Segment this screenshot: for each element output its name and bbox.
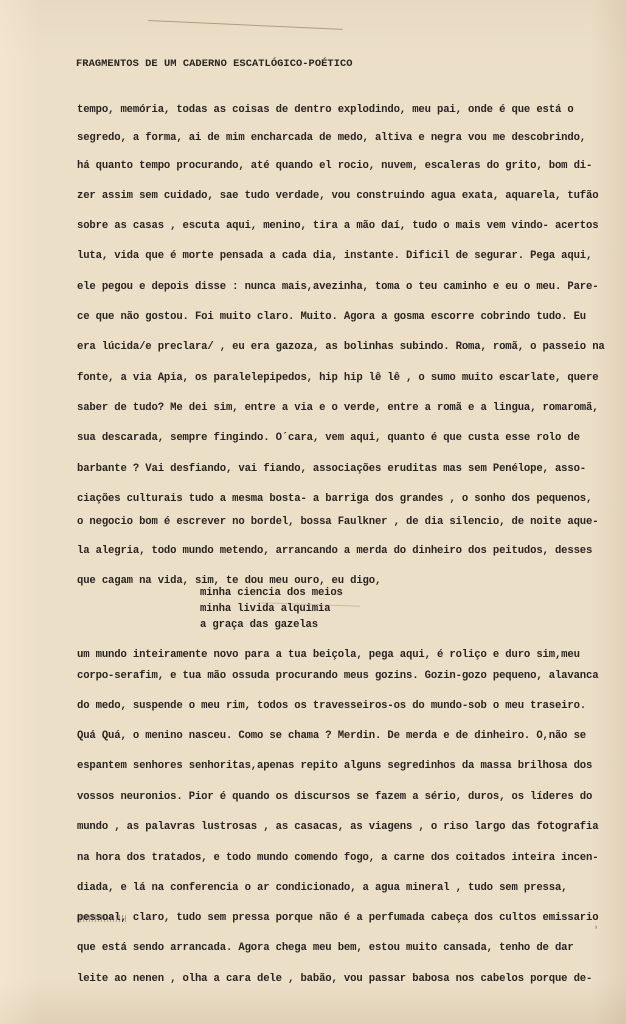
text-line: há quanto tempo procurando, até quando e…	[77, 160, 592, 172]
text-line: era lúcida/e preclara/ , eu era gazoza, …	[77, 341, 605, 353]
text-fragment: claro, tudo sem pressa porque não é a pe…	[127, 912, 599, 924]
text-line: barbante ? Vai desfiando, vai fiando, as…	[77, 463, 586, 475]
document-title: FRAGMENTOS DE UM CADERNO ESCATLÓGICO-POÉ…	[76, 58, 353, 70]
text-line: corpo-serafim, e tua mão ossuda procuran…	[77, 670, 598, 682]
poem-line: minha ciencia dos meios	[200, 587, 343, 599]
poem-line: a graça das gazelas	[200, 619, 318, 631]
text-line: segredo, a forma, ai de mim encharcada d…	[77, 132, 586, 144]
text-line: saber de tudo? Me dei sim, entre a via e…	[77, 402, 598, 414]
pencil-mark	[148, 20, 343, 30]
text-line: ce que não gostou. Foi muito claro. Muit…	[77, 311, 586, 323]
text-line: la alegria, todo mundo metendo, arrancan…	[77, 545, 592, 557]
text-line: pessoal, claro, tudo sem pressa porque n…	[77, 912, 598, 924]
margin-mark: ³	[594, 925, 598, 932]
text-line: na hora dos tratados, e todo mundo comen…	[77, 852, 598, 864]
text-line: ele pegou e depois disse : nunca mais,av…	[77, 281, 598, 293]
text-line: vossos neuronios. Pior é quando os discu…	[77, 791, 592, 803]
text-line: o negocio bom é escrever no bordel, boss…	[77, 516, 598, 528]
text-line: ciações culturais tudo a mesma bosta- a …	[77, 493, 592, 505]
text-line: diada, e lá na conferencia o ar condicio…	[77, 882, 567, 894]
text-line: sobre as casas , escuta aqui, menino, ti…	[77, 220, 598, 232]
text-line: que cagam na vida, sim, te dou meu ouro,…	[77, 575, 381, 587]
poem-line: minha livida alquimia	[200, 603, 330, 615]
text-line: leite ao nenen , olha a cara dele , babã…	[77, 973, 592, 985]
text-line: do medo, suspende o meu rim, todos os tr…	[77, 700, 586, 712]
text-line: zer assim sem cuidado, sae tudo verdade,…	[77, 190, 598, 202]
text-line: luta, vida que é morte pensada a cada di…	[77, 250, 592, 262]
text-line: mundo , as palavras lustrosas , as casac…	[77, 821, 598, 833]
text-line: um mundo inteiramente novo para a tua be…	[77, 649, 580, 661]
text-line: que está sendo arrancada. Agora chega me…	[77, 942, 574, 954]
text-line: fonte, a via Apia, os paralelepipedos, h…	[77, 372, 598, 384]
text-line: Quá Quá, o menino nasceu. Como se chama …	[77, 730, 586, 742]
text-line: sua descarada, sempre fingindo. O´cara, …	[77, 432, 580, 444]
overtyped-word: pessoal,	[77, 912, 127, 924]
text-line: espantem senhores senhoritas,apenas repi…	[77, 760, 592, 772]
typewritten-page: FRAGMENTOS DE UM CADERNO ESCATLÓGICO-POÉ…	[0, 0, 626, 1024]
text-line: tempo, memória, todas as coisas de dentr…	[77, 104, 574, 116]
